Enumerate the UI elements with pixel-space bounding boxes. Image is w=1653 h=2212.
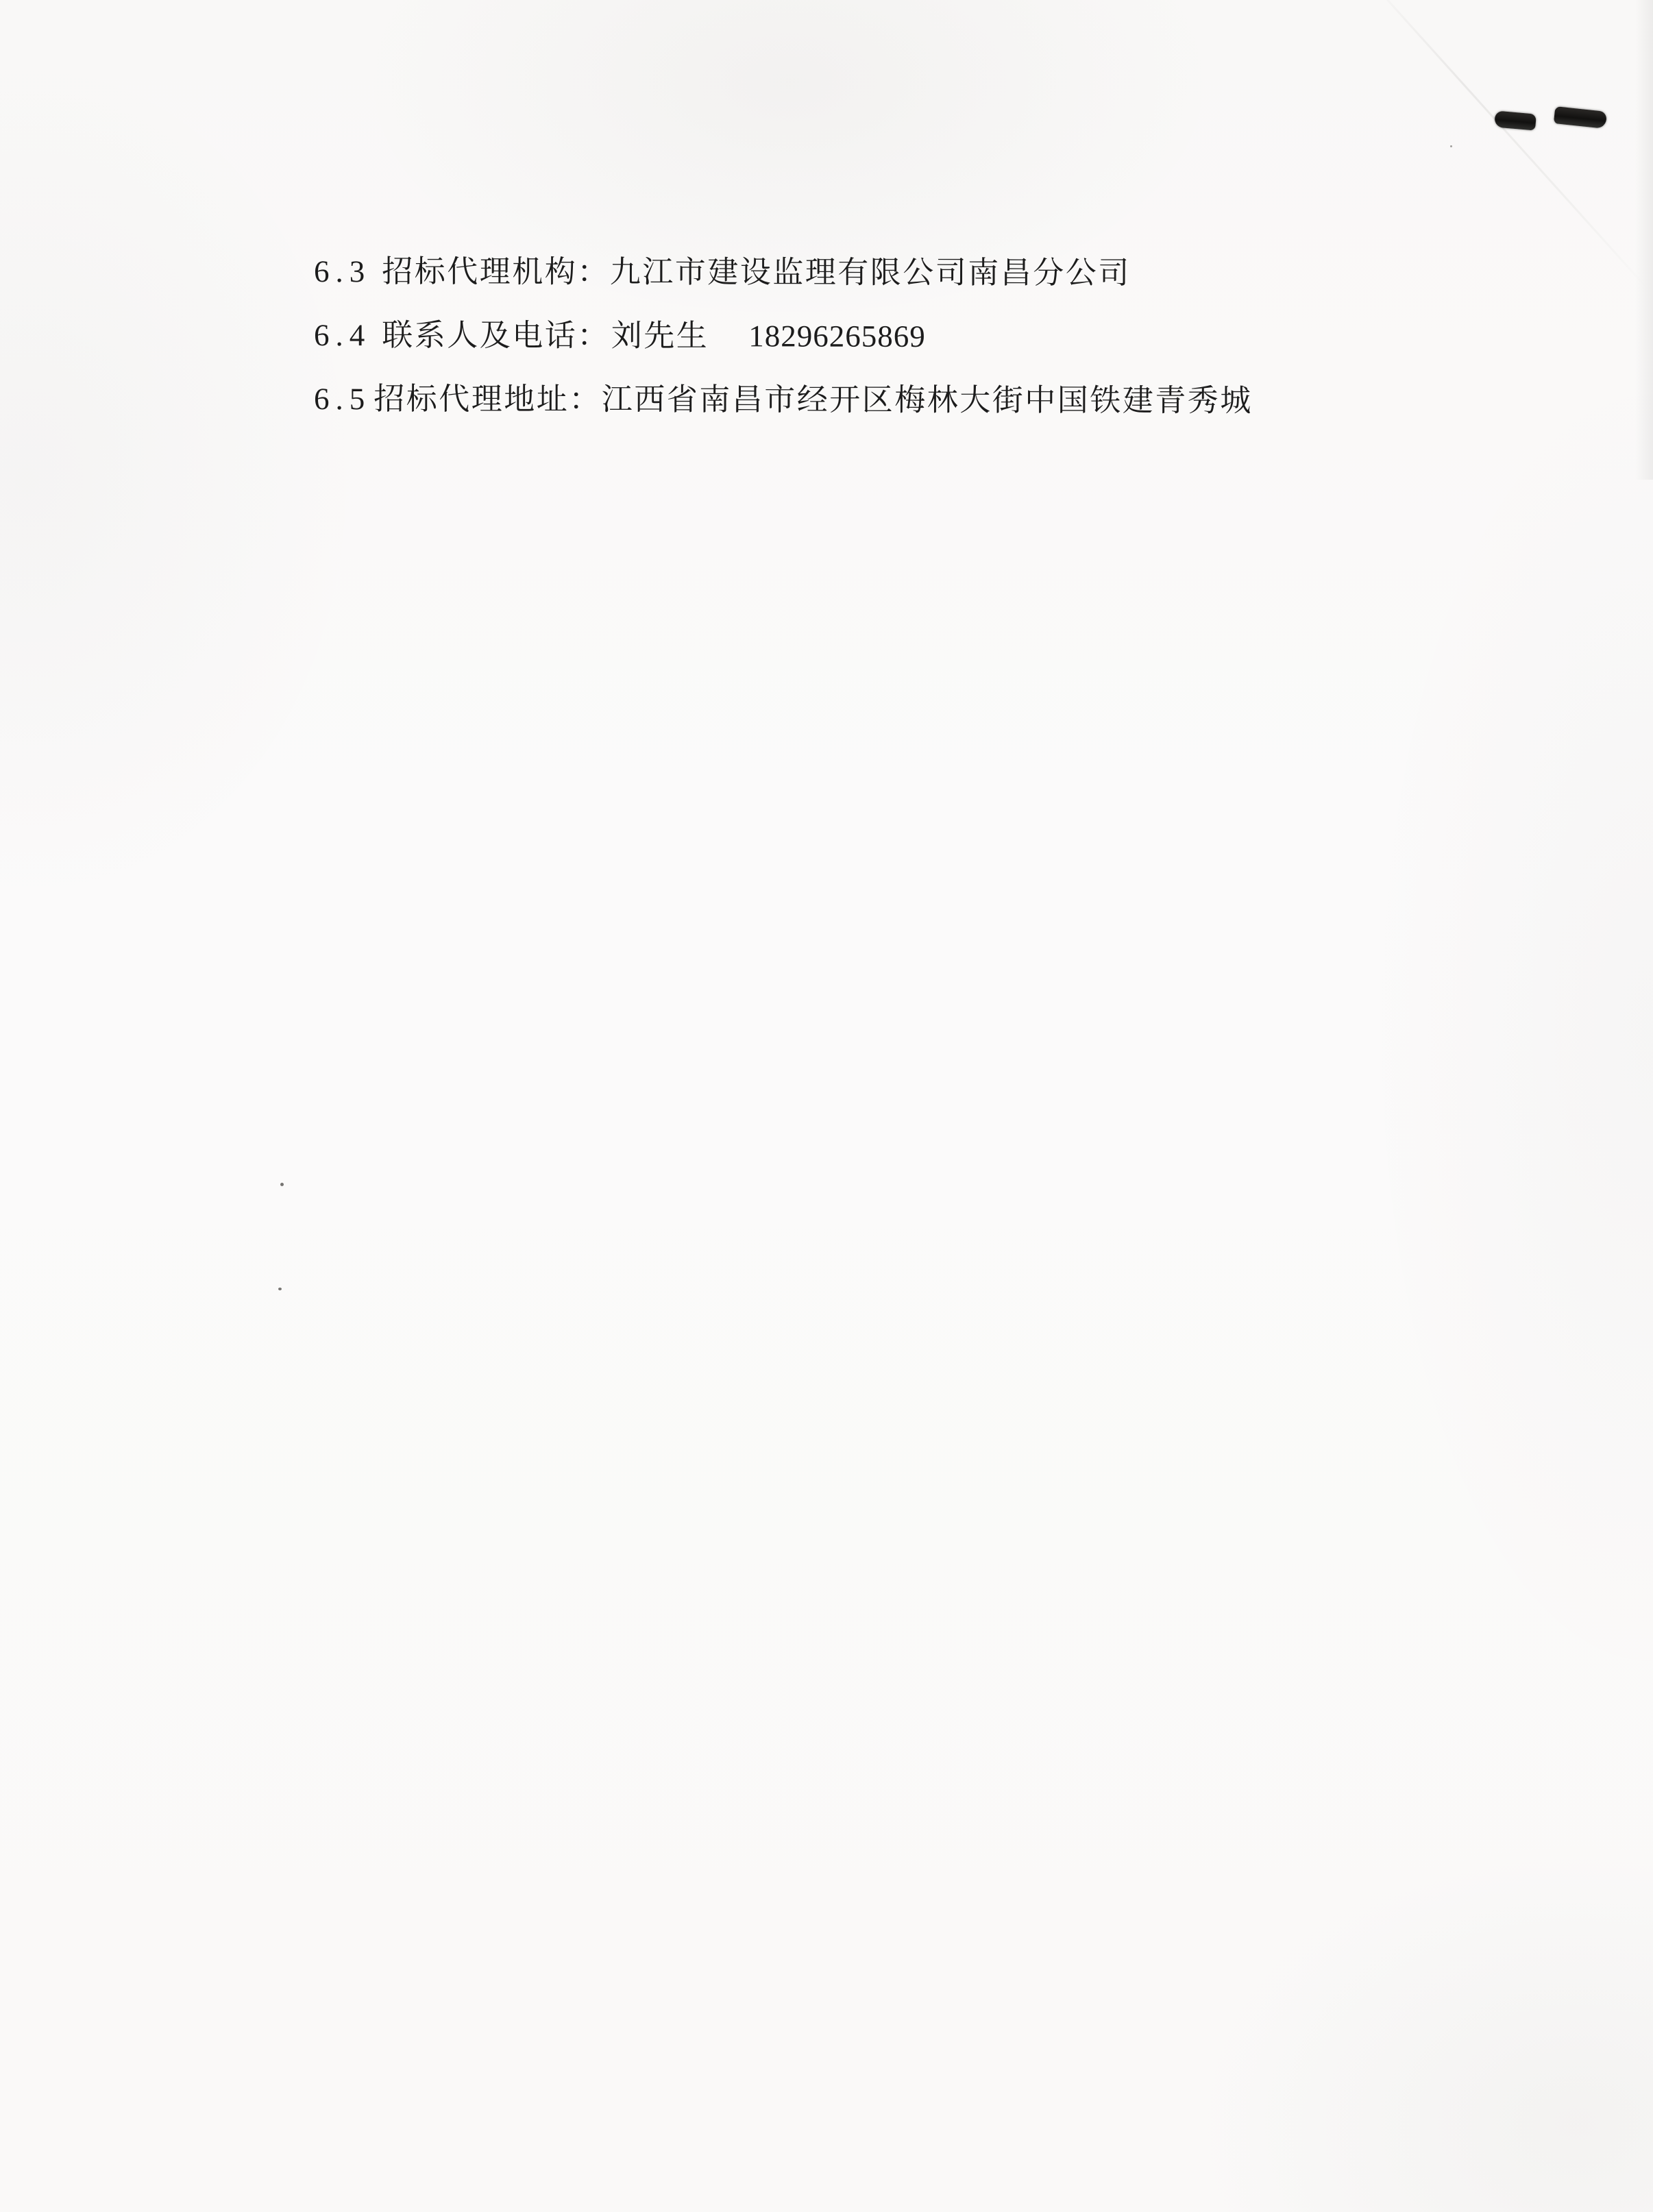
clause-line-agency: 6.3招标代理机构：九江市建设监理有限公司南昌分公司: [314, 256, 1131, 288]
clause-line-contact: 6.4联系人及电话：刘先生18296265869: [314, 320, 926, 352]
paper-crease: [1363, 0, 1649, 290]
clause-label: 招标代理机构：: [382, 254, 610, 289]
scanned-document-page: 6.3招标代理机构：九江市建设监理有限公司南昌分公司 6.4联系人及电话：刘先生…: [0, 0, 1653, 2212]
clause-line-address: 6.5招标代理地址：江西省南昌市经开区梅林大街中国铁建青秀城: [314, 384, 1253, 417]
clause-value: 江西省南昌市经开区梅林大街中国铁建青秀城: [602, 382, 1253, 418]
clause-label: 联系人及电话：: [382, 318, 610, 353]
dust-speck: [280, 1183, 284, 1186]
clause-number: 6.3: [314, 254, 371, 288]
phone-number: 18296265869: [748, 319, 926, 354]
contact-name: 刘先生: [611, 319, 709, 353]
paper-edge-shadow: [1635, 0, 1653, 480]
stray-ink-mark: [1554, 106, 1607, 129]
clause-value: 九江市建设监理有限公司南昌分公司: [610, 255, 1131, 291]
clause-number: 6.5: [314, 382, 371, 416]
clause-number: 6.4: [314, 318, 371, 352]
clause-label: 招标代理地址：: [374, 382, 602, 417]
dust-speck: [1450, 145, 1452, 147]
dust-speck: [278, 1288, 282, 1290]
